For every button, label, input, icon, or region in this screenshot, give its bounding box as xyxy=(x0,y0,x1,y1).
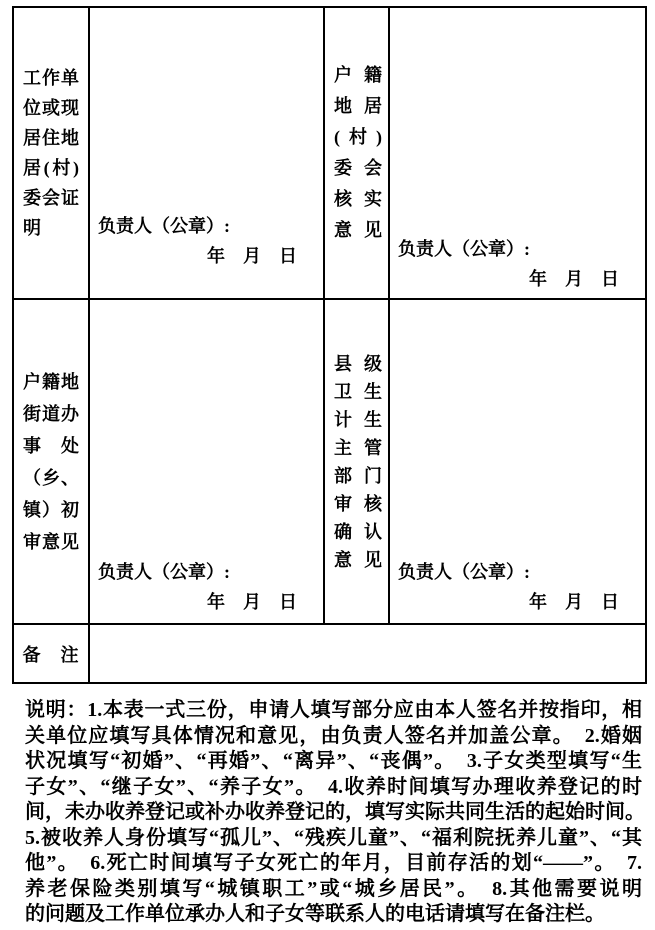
note-line-6: 5.被收养人身份填写“孤儿”、“残疾儿童”、“福利院抚养儿童”、“其 xyxy=(25,826,642,852)
note-line-5: 间，未办收养登记或补办收养登记的，填写实际共同生活的起始时间。 xyxy=(25,800,642,826)
label-line: 核实 xyxy=(334,184,382,215)
label-line: 居(村) xyxy=(23,153,79,183)
label-line: （乡、 xyxy=(23,462,79,494)
label-line: 卫生 xyxy=(334,378,382,406)
label-line: 计生 xyxy=(334,406,382,434)
note-line-4: 子女”、“继子女”、“养子女”。 4.收养时间填写办理收养登记的时 xyxy=(25,775,642,801)
remark-value-cell xyxy=(90,625,645,682)
label-line: 意见 xyxy=(334,215,382,246)
approval-table: 工作单 位或现 居住地 居(村) 委会证 明 负责人（公章）: 年 月 日 户籍… xyxy=(12,6,647,684)
note-line-7: 他”。 6.死亡时间填写子女死亡的年月，目前存活的划“——”。 7. xyxy=(25,851,642,877)
note-line-2: 关单位应填写具体情况和意见，由负责人签名并加盖公章。 2.婚姻 xyxy=(25,724,642,750)
date-line: 年 月 日 xyxy=(390,590,645,614)
label-line: 地居 xyxy=(334,91,382,122)
date-line: 年 月 日 xyxy=(390,267,645,291)
label-line: 镇）初 xyxy=(23,494,79,526)
label-line: 位或现 xyxy=(23,93,79,123)
note-line-9: 的问题及工作单位承办人和子女等联系人的电话请填写在备注栏。 xyxy=(25,902,642,928)
date-line: 年 月 日 xyxy=(90,244,323,268)
label-line: 确认 xyxy=(334,518,382,546)
note-line-3: 状况填写“初婚”、“再婚”、“离异”、“丧偶”。 3.子女类型填写“生 xyxy=(25,749,642,775)
street-office-review-label: 户籍地 街道办 事处 （乡、 镇）初 审意见 xyxy=(14,300,90,625)
household-committee-verify-label: 户籍 地居 (村) 委会 核实 意见 xyxy=(325,8,390,300)
label-line: 主管 xyxy=(334,434,382,462)
remark-label: 备 注 xyxy=(14,625,90,682)
signer-seal-label: 负责人（公章）: xyxy=(90,560,323,584)
label-line: 意见 xyxy=(334,546,382,574)
label-line: 事处 xyxy=(23,430,79,462)
work-unit-certificate-label: 工作单 位或现 居住地 居(村) 委会证 明 xyxy=(14,8,90,300)
label-line: 街道办 xyxy=(23,398,79,430)
note-line-8: 养老保险类别填写“城镇职工”或“城乡居民”。 8.其他需要说明 xyxy=(25,877,642,903)
label-line: 户籍 xyxy=(334,60,382,91)
form-page: 工作单 位或现 居住地 居(村) 委会证 明 负责人（公章）: 年 月 日 户籍… xyxy=(0,0,655,930)
household-committee-opinion-cell: 负责人（公章）: 年 月 日 xyxy=(390,8,645,300)
street-office-opinion-cell: 负责人（公章）: 年 月 日 xyxy=(90,300,325,625)
note-line-1: 说明：1.本表一式三份，申请人填写部分应由本人签名并按指印，相 xyxy=(25,698,642,724)
signer-seal-label: 负责人（公章）: xyxy=(390,560,645,584)
label-line: 工作单 xyxy=(23,63,79,93)
label-line: 审意见 xyxy=(23,526,79,558)
date-line: 年 月 日 xyxy=(90,590,323,614)
label-line: 户籍地 xyxy=(23,366,79,398)
label-line: 委会 xyxy=(334,153,382,184)
label-line: 委会证 xyxy=(23,183,79,213)
label-line: 明 xyxy=(23,213,79,243)
instructions-paragraph: 说明：1.本表一式三份，申请人填写部分应由本人签名并按指印，相 关单位应填写具体… xyxy=(25,698,642,928)
label-line: 居住地 xyxy=(23,123,79,153)
work-unit-opinion-cell: 负责人（公章）: 年 月 日 xyxy=(90,8,325,300)
signer-seal-label: 负责人（公章）: xyxy=(90,214,323,238)
county-health-dept-confirm-label: 县级 卫生 计生 主管 部门 审核 确认 意见 xyxy=(325,300,390,625)
label-line: (村) xyxy=(334,122,382,153)
signer-seal-label: 负责人（公章）: xyxy=(390,237,645,261)
label-line: 部门 xyxy=(334,462,382,490)
county-health-dept-opinion-cell: 负责人（公章）: 年 月 日 xyxy=(390,300,645,625)
label-line: 审核 xyxy=(334,490,382,518)
label-line: 县级 xyxy=(334,350,382,378)
